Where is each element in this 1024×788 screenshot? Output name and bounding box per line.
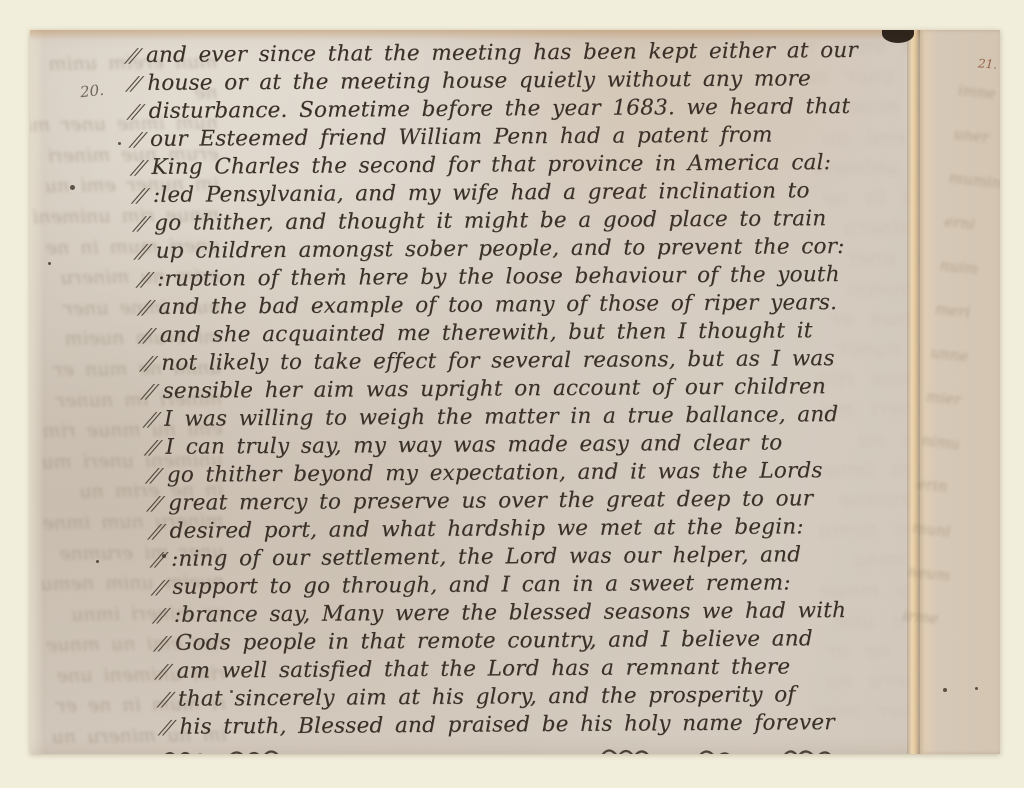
manuscript-line: // disturbance. Sometime before the year…	[131, 93, 905, 126]
line-marker: //	[140, 378, 159, 406]
manuscript-page-scan: mun ereim unim ne num imne uner mi erum …	[30, 30, 1000, 754]
line-marker: //	[129, 154, 148, 182]
line-text: support to go through, and I can in a sw…	[172, 569, 791, 601]
right-folio-number: 21.	[978, 56, 998, 71]
ink-speck	[96, 560, 99, 563]
line-text: and she acquainted me therewith, but the…	[160, 317, 813, 350]
line-marker: //	[152, 630, 171, 658]
line-marker: //	[124, 70, 143, 98]
line-marker: //	[131, 210, 150, 238]
line-marker: //	[138, 350, 157, 378]
line-marker: //	[136, 294, 155, 322]
line-marker: //	[144, 462, 163, 490]
line-marker: //	[133, 238, 152, 266]
line-marker: //	[155, 686, 174, 714]
line-marker: //	[147, 518, 166, 546]
line-marker: //	[154, 658, 173, 686]
ink-speck	[118, 142, 121, 145]
line-marker: //	[130, 182, 149, 210]
left-folio-number: 20.	[79, 81, 105, 101]
manuscript-line: // I was willing to weigh the matter in …	[146, 401, 907, 434]
manuscript-line: // :ning of our settlement, the Lord was…	[153, 541, 908, 574]
cutoff-line-strokes	[148, 737, 898, 754]
line-marker: //	[151, 602, 170, 630]
line-marker: //	[143, 434, 162, 462]
manuscript-text: // and ever since that the meeting has b…	[128, 37, 909, 742]
ink-speck	[336, 268, 339, 271]
ink-speck	[943, 688, 947, 692]
line-marker: //	[150, 574, 169, 602]
ink-speck	[230, 690, 233, 693]
line-marker: //	[127, 126, 146, 154]
manuscript-line: // Gods people in that remote country, a…	[157, 625, 908, 658]
line-text: am well satisfied that the Lord has a re…	[177, 653, 791, 685]
line-marker: //	[134, 266, 153, 294]
line-marker: //	[137, 322, 156, 350]
line-text: I can truly say, my way was made easy an…	[165, 429, 782, 461]
line-text: great mercy to preserve us over the grea…	[168, 485, 813, 518]
line-text: desired port, and what hardship we met a…	[170, 513, 804, 545]
screenshot-canvas: { "page": { "description": "Scanned hand…	[0, 0, 1024, 788]
line-marker: //	[148, 546, 167, 574]
line-text: Gods people in that remote country, and …	[175, 625, 813, 657]
line-marker: //	[145, 490, 164, 518]
ink-speck	[70, 185, 75, 190]
ink-speck	[162, 554, 166, 558]
ink-speck	[48, 262, 51, 265]
line-marker: //	[123, 42, 142, 70]
line-text: our Esteemed friend William Penn had a p…	[150, 122, 773, 154]
line-text: that sincerely aim at his glory, and the…	[178, 681, 796, 713]
line-marker: //	[126, 98, 145, 126]
line-text: :ning of our settlement, the Lord was ou…	[171, 541, 801, 573]
adjacent-page-edge: imne uner mumin erni nuim meri unne mier…	[920, 30, 1000, 754]
ink-speck	[975, 687, 978, 690]
line-marker: //	[141, 406, 160, 434]
